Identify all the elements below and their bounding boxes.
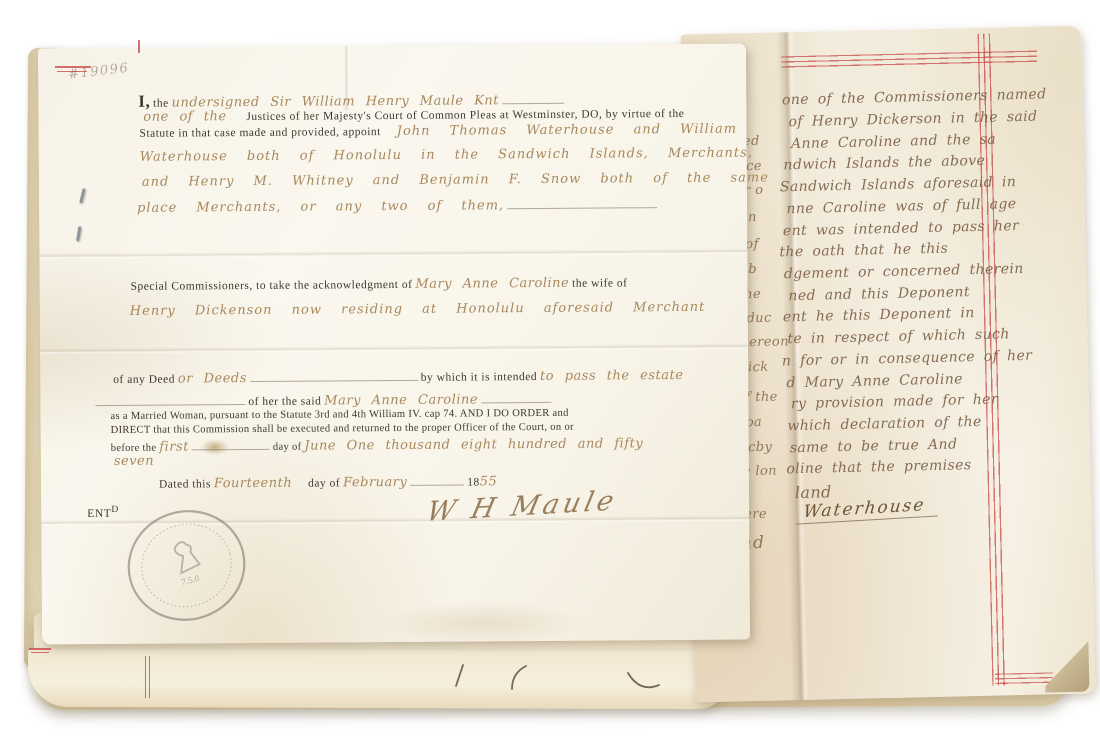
printed-text: the wife of (572, 277, 627, 289)
bottom-right-corner-fold (1044, 642, 1089, 693)
handwritten-line: ned and this Deponent (788, 284, 970, 304)
handwritten-year: 55 (480, 474, 498, 489)
aging-stain (382, 601, 582, 646)
red-tick (149, 656, 150, 698)
handwritten-line: te in respect of which such (787, 326, 1010, 347)
fold-crease (39, 249, 747, 260)
commission-form-page: #19096 I, the undersigned Sir William He… (38, 44, 750, 645)
form-line-12: DIRECT that this Commission shall be exe… (111, 421, 574, 436)
form-line-4: Waterhouse both of Honolulu in the Sandw… (140, 145, 753, 164)
printed-text: of any Deed (113, 374, 175, 386)
handwritten-line: of Henry Dickerson in the said (788, 109, 1037, 131)
fold-crease (40, 344, 748, 355)
red-tick (55, 66, 91, 68)
handwritten-line: d Mary Anne Caroline (786, 371, 963, 391)
printed-text: day of (273, 442, 302, 453)
form-line-5: and Henry M. Whitney and Benjamin F. Sno… (142, 170, 769, 189)
handwritten-line: ndwich Islands the above (783, 153, 985, 174)
under-sheet-bottom-edge-2 (28, 649, 728, 709)
stamp-value: 7.5.0 (180, 573, 200, 587)
blank-rule (410, 474, 464, 486)
handwritten-line: land (795, 482, 832, 502)
form-line-6: place Merchants, or any two of them, (137, 196, 657, 216)
handwritten-line: the oath that he this (779, 241, 948, 261)
document-photo: one of the Commissioners named of Henry … (0, 0, 1100, 754)
handwritten-line: ry provision made for her (791, 392, 998, 413)
printed-text: Justices of her Majesty's Court of Commo… (246, 108, 684, 123)
printed-year-prefix: 18 (467, 476, 480, 488)
handwritten-insertion: to pass the estate (540, 368, 684, 384)
form-line-9: of any Deed or Deeds by which it is inte… (113, 367, 683, 387)
staple (76, 226, 81, 241)
handwritten-insertion: place Merchants, or any two of them, (137, 198, 504, 216)
blank-rule (507, 196, 657, 209)
handwritten-insertion: June One thousand eight hundred and fift… (304, 436, 643, 453)
printed-text: Dated this (159, 478, 211, 490)
blank-rule (95, 393, 245, 406)
handwritten-insertion: Waterhouse both of Honolulu in the Sandw… (140, 145, 753, 164)
handwritten-line: same to be true And (790, 436, 958, 456)
handwritten-insertion: Mary Anne Caroline (415, 276, 569, 292)
form-line-13: before the first day of June One thousan… (111, 435, 644, 455)
printed-text: of her the said (248, 396, 321, 409)
blank-rule (250, 369, 418, 382)
printed-text: Statute in that case made and provided, … (139, 126, 380, 140)
red-tick (138, 40, 140, 53)
handwritten-insertion: Mary Anne Caroline (324, 392, 478, 408)
handwritten-line: one of the Commissioners named (782, 86, 1047, 108)
handwritten-line: ent he this Deponent in (783, 305, 975, 325)
printed-text: the (153, 98, 169, 110)
handwritten-insertion: seven (114, 454, 154, 469)
handwritten-month: February (343, 475, 407, 490)
handwritten-insertion: Henry Dickenson now residing at Honolulu… (130, 300, 706, 319)
printed-text: Special Commissioners, to take the ackno… (131, 279, 413, 293)
form-line-7: Special Commissioners, to take the ackno… (131, 275, 628, 293)
form-line-3: Statute in that case made and provided, … (139, 122, 737, 141)
printed-text: day of (308, 477, 340, 489)
blank-rule (502, 92, 564, 104)
red-margin-rule-top (781, 51, 1037, 69)
form-line-11: as a Married Woman, pursuant to the Stat… (110, 407, 568, 422)
form-line-8: Henry Dickenson now residing at Honolulu… (130, 300, 706, 319)
court-oval-stamp: 7.5.0 (97, 481, 276, 650)
form-line-14: seven (114, 454, 154, 469)
handwritten-line: Anne Caroline and the sa (791, 131, 996, 152)
red-tick (29, 648, 51, 650)
handwritten-line: oline that the premises (786, 457, 971, 477)
red-tick (145, 656, 146, 698)
handwritten-line: which declaration of the (787, 414, 982, 434)
staple (79, 188, 85, 203)
handwritten-insertion: first (159, 439, 189, 454)
handwritten-insertion: John Thomas Waterhouse and William (397, 122, 737, 139)
handwritten-insertion: or Deeds (178, 371, 247, 386)
printed-text: by which it is intended (421, 371, 537, 384)
blank-rule (192, 438, 270, 451)
printed-text: DIRECT that this Commission shall be exe… (111, 422, 574, 436)
printed-text: before the (111, 443, 157, 454)
printed-text: I, (138, 92, 150, 111)
red-tick (31, 652, 49, 653)
red-tick (57, 71, 87, 72)
handwritten-insertion: one of the (143, 109, 226, 125)
handwritten-insertion: and Henry M. Whitney and Benjamin F. Sno… (142, 170, 769, 189)
printed-text: as a Married Woman, pursuant to the Stat… (110, 408, 568, 422)
blank-rule (481, 391, 551, 403)
